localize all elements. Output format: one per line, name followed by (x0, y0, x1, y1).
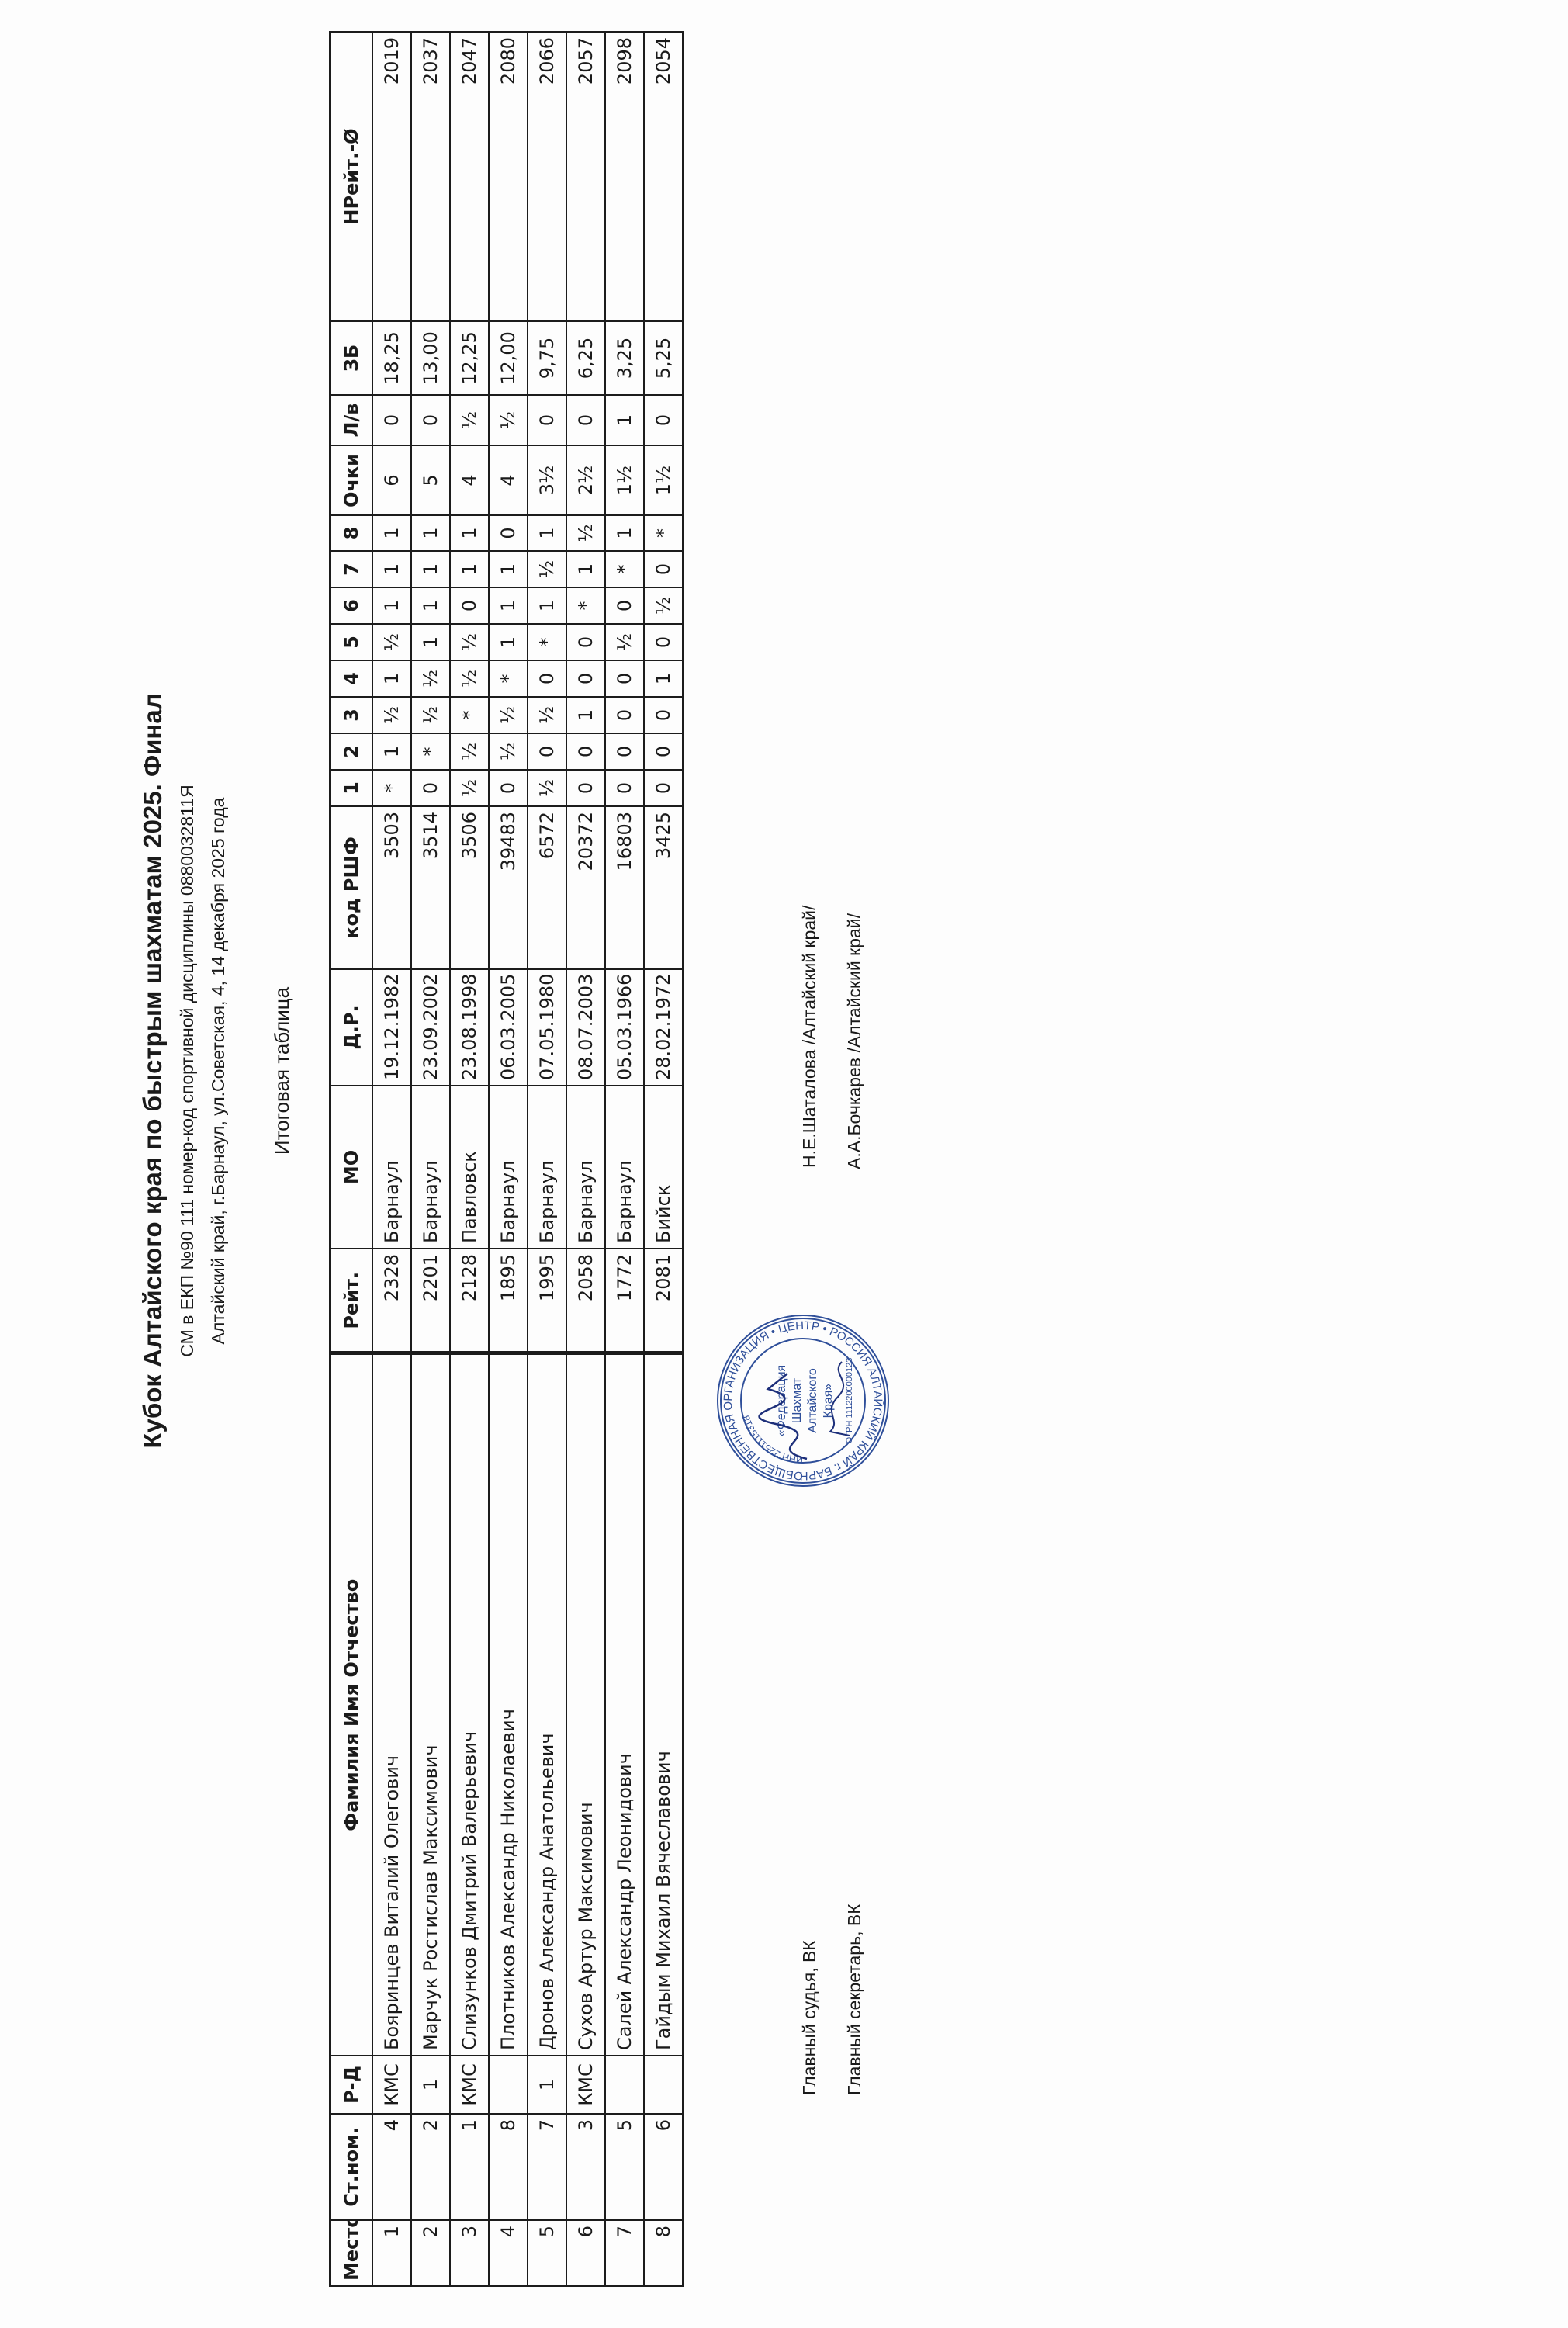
cell-mo: Павловск (450, 1086, 489, 1249)
cell-round-1: ½ (450, 770, 489, 806)
cell-dob: 23.08.1998 (450, 969, 489, 1086)
cell-place: 7 (605, 2220, 644, 2286)
cell-round-2: * (411, 733, 450, 770)
cell-rating: 2201 (411, 1249, 450, 1353)
cell-round-3: ½ (372, 697, 411, 733)
cell-start-no: 3 (566, 2114, 605, 2220)
cell-rating: 1895 (489, 1249, 528, 1353)
cell-round-1: 0 (489, 770, 528, 806)
header-place: Место (330, 2220, 372, 2286)
scanned-page: Кубок Алтайского края по быстрым шахмата… (0, 0, 1568, 2328)
cell-rating: 2058 (566, 1249, 605, 1353)
chief-secretary-name: А.А.Бочкарев /Алтайский край/ (844, 913, 865, 1169)
cell-round-7: ½ (528, 551, 566, 587)
header-round-3: 3 (330, 697, 372, 733)
cell-points: 4 (450, 445, 489, 515)
cell-round-4: * (489, 660, 528, 697)
cell-round-7: 1 (450, 551, 489, 587)
cell-name: Плотников Александр Николаевич (489, 1353, 528, 2056)
cell-rcf-code: 39483 (489, 806, 528, 969)
cell-round-3: 1 (566, 697, 605, 733)
cell-avg-opp-rating: 2066 (528, 32, 566, 321)
cell-avg-opp-rating: 2057 (566, 32, 605, 321)
cell-rank: 1 (411, 2056, 450, 2114)
cell-zb: 12,25 (450, 321, 489, 395)
header-round-6: 6 (330, 587, 372, 624)
header-round-8: 8 (330, 515, 372, 551)
cell-start-no: 5 (605, 2114, 644, 2220)
cell-points: 6 (372, 445, 411, 515)
cell-points: 2½ (566, 445, 605, 515)
cell-rank: 1 (528, 2056, 566, 2114)
cell-name: Салей Александр Леонидович (605, 1353, 644, 2056)
cell-avg-opp-rating: 2037 (411, 32, 450, 321)
results-body: 14КМСБояринцев Виталий Олегович2328Барна… (372, 32, 683, 2286)
table-row: 75Салей Александр Леонидович1772Барнаул0… (605, 32, 644, 2286)
cell-round-6: 1 (411, 587, 450, 624)
cell-mo: Барнаул (411, 1086, 450, 1249)
cell-round-6: 0 (605, 587, 644, 624)
cell-round-6: ½ (644, 587, 683, 624)
table-row: 221Марчук Ростислав Максимович2201Барнау… (411, 32, 450, 2286)
cell-round-8: 0 (489, 515, 528, 551)
header-points: Очки (330, 445, 372, 515)
cell-round-6: 1 (372, 587, 411, 624)
cell-round-5: ½ (372, 624, 411, 660)
cell-place: 5 (528, 2220, 566, 2286)
cell-round-1: * (372, 770, 411, 806)
cell-dob: 28.02.1972 (644, 969, 683, 1086)
table-row: 31КМССлизунков Дмитрий Валерьевич2128Пав… (450, 32, 489, 2286)
table-row: 571Дронов Александр Анатольевич1995Барна… (528, 32, 566, 2286)
cell-place: 4 (489, 2220, 528, 2286)
cell-round-7: 1 (411, 551, 450, 587)
cell-round-4: 0 (566, 660, 605, 697)
cell-rank: КМС (372, 2056, 411, 2114)
cell-rank (644, 2056, 683, 2114)
cell-round-5: 0 (644, 624, 683, 660)
cell-round-5: 1 (411, 624, 450, 660)
table-row: 14КМСБояринцев Виталий Олегович2328Барна… (372, 32, 411, 2286)
cell-rcf-code: 16803 (605, 806, 644, 969)
cell-round-8: ½ (566, 515, 605, 551)
cell-round-7: 1 (489, 551, 528, 587)
cell-round-1: 0 (644, 770, 683, 806)
cell-round-1: 0 (566, 770, 605, 806)
cell-dob: 19.12.1982 (372, 969, 411, 1086)
cell-start-no: 6 (644, 2114, 683, 2220)
cell-name: Марчук Ростислав Максимович (411, 1353, 450, 2056)
cell-zb: 12,00 (489, 321, 528, 395)
header-rcf-code: код РШФ (330, 806, 372, 969)
stamp-center-line-3: Алтайского (806, 1368, 819, 1433)
cell-zb: 18,25 (372, 321, 411, 395)
cell-round-5: * (528, 624, 566, 660)
stamp-center-line-2: Шахмат (791, 1377, 804, 1423)
cell-mo: Барнаул (528, 1086, 566, 1249)
cell-rating: 1995 (528, 1249, 566, 1353)
cell-round-3: 0 (605, 697, 644, 733)
cell-points: 3½ (528, 445, 566, 515)
cell-round-8: 1 (411, 515, 450, 551)
header-round-2: 2 (330, 733, 372, 770)
cell-rcf-code: 6572 (528, 806, 566, 969)
cell-start-no: 7 (528, 2114, 566, 2220)
results-table: Место Ст.ном. Р-Д Фамилия Имя Отчество Р… (329, 31, 684, 2287)
cell-lv: 0 (644, 395, 683, 445)
document-subtitle-2: Алтайский край, г.Барнаул, ул.Советская,… (208, 0, 229, 2328)
cell-rcf-code: 3514 (411, 806, 450, 969)
cell-dob: 08.07.2003 (566, 969, 605, 1086)
cell-round-3: 0 (644, 697, 683, 733)
cell-round-2: 0 (605, 733, 644, 770)
cell-round-2: 0 (566, 733, 605, 770)
cell-round-8: * (644, 515, 683, 551)
cell-round-5: ½ (450, 624, 489, 660)
cell-round-6: 1 (489, 587, 528, 624)
cell-rank (489, 2056, 528, 2114)
cell-round-8: 1 (605, 515, 644, 551)
cell-name: Гайдым Михаил Вячеславович (644, 1353, 683, 2056)
cell-zb: 13,00 (411, 321, 450, 395)
cell-zb: 6,25 (566, 321, 605, 395)
cell-rating: 1772 (605, 1249, 644, 1353)
cell-round-7: 1 (372, 551, 411, 587)
cell-round-5: 1 (489, 624, 528, 660)
cell-round-7: 1 (566, 551, 605, 587)
cell-rank: КМС (450, 2056, 489, 2114)
stamp-ogrn: ОГРН 1112200000123 (845, 1358, 854, 1444)
table-row: 63КМССухов Артур Максимович2058Барнаул08… (566, 32, 605, 2286)
cell-round-2: 0 (528, 733, 566, 770)
cell-round-3: * (450, 697, 489, 733)
cell-start-no: 8 (489, 2114, 528, 2220)
cell-points: 1½ (644, 445, 683, 515)
cell-round-8: 1 (450, 515, 489, 551)
cell-round-6: 0 (450, 587, 489, 624)
table-caption: Итоговая таблица (270, 0, 294, 2328)
cell-zb: 3,25 (605, 321, 644, 395)
cell-start-no: 1 (450, 2114, 489, 2220)
cell-round-1: ½ (528, 770, 566, 806)
cell-avg-opp-rating: 2054 (644, 32, 683, 321)
cell-round-7: * (605, 551, 644, 587)
cell-rating: 2328 (372, 1249, 411, 1353)
cell-place: 1 (372, 2220, 411, 2286)
chief-judge-title: Главный судья, ВК (799, 1940, 820, 2095)
table-row: 48Плотников Александр Николаевич1895Барн… (489, 32, 528, 2286)
cell-place: 2 (411, 2220, 450, 2286)
cell-avg-opp-rating: 2080 (489, 32, 528, 321)
document-sheet: Кубок Алтайского края по быстрым шахмата… (0, 0, 1568, 2328)
cell-avg-opp-rating: 2019 (372, 32, 411, 321)
cell-round-2: 0 (644, 733, 683, 770)
cell-rcf-code: 20372 (566, 806, 605, 969)
cell-points: 5 (411, 445, 450, 515)
cell-avg-opp-rating: 2098 (605, 32, 644, 321)
cell-round-2: 1 (372, 733, 411, 770)
cell-round-4: 0 (528, 660, 566, 697)
header-mo: МО (330, 1086, 372, 1249)
header-round-1: 1 (330, 770, 372, 806)
header-dob: Д.Р. (330, 969, 372, 1086)
table-header-row: Место Ст.ном. Р-Д Фамилия Имя Отчество Р… (330, 32, 372, 2286)
header-zb: ЗБ (330, 321, 372, 395)
cell-round-2: ½ (489, 733, 528, 770)
cell-round-1: 0 (605, 770, 644, 806)
cell-round-5: ½ (605, 624, 644, 660)
cell-start-no: 4 (372, 2114, 411, 2220)
table-row: 86Гайдым Михаил Вячеславович2081Бийск28.… (644, 32, 683, 2286)
cell-mo: Барнаул (489, 1086, 528, 1249)
header-lv: Л/в (330, 395, 372, 445)
cell-avg-opp-rating: 2047 (450, 32, 489, 321)
cell-round-3: ½ (489, 697, 528, 733)
cell-round-6: * (566, 587, 605, 624)
cell-rank: КМС (566, 2056, 605, 2114)
stamp-center-line-4: Края» (822, 1384, 835, 1419)
header-start-no: Ст.ном. (330, 2114, 372, 2220)
cell-lv: 0 (372, 395, 411, 445)
cell-lv: 1 (605, 395, 644, 445)
cell-dob: 05.03.1966 (605, 969, 644, 1086)
header-name: Фамилия Имя Отчество (330, 1353, 372, 2056)
cell-dob: 06.03.2005 (489, 969, 528, 1086)
cell-rcf-code: 3503 (372, 806, 411, 969)
organization-stamp-icon: ОБЩЕСТВЕННАЯ ОРГАНИЗАЦИЯ • ЦЕНТР • РОССИ… (714, 1311, 892, 1490)
cell-round-6: 1 (528, 587, 566, 624)
cell-rcf-code: 3425 (644, 806, 683, 969)
cell-round-4: 1 (372, 660, 411, 697)
cell-points: 4 (489, 445, 528, 515)
cell-name: Слизунков Дмитрий Валерьевич (450, 1353, 489, 2056)
cell-points: 1½ (605, 445, 644, 515)
cell-round-4: 1 (644, 660, 683, 697)
cell-place: 6 (566, 2220, 605, 2286)
cell-rcf-code: 3506 (450, 806, 489, 969)
cell-place: 3 (450, 2220, 489, 2286)
cell-round-8: 1 (372, 515, 411, 551)
cell-rating: 2128 (450, 1249, 489, 1353)
cell-round-5: 0 (566, 624, 605, 660)
cell-mo: Барнаул (372, 1086, 411, 1249)
cell-round-8: 1 (528, 515, 566, 551)
cell-round-3: ½ (528, 697, 566, 733)
cell-name: Бояринцев Виталий Олегович (372, 1353, 411, 2056)
header-rank: Р-Д (330, 2056, 372, 2114)
header-round-5: 5 (330, 624, 372, 660)
cell-round-4: ½ (411, 660, 450, 697)
cell-lv: ½ (450, 395, 489, 445)
cell-mo: Барнаул (566, 1086, 605, 1249)
cell-round-2: ½ (450, 733, 489, 770)
header-avg-opp-rating: НРейт.-Ø (330, 32, 372, 321)
header-round-7: 7 (330, 551, 372, 587)
document-title: Кубок Алтайского края по быстрым шахмата… (138, 0, 168, 2328)
cell-round-3: ½ (411, 697, 450, 733)
header-rating: Рейт. (330, 1249, 372, 1353)
cell-start-no: 2 (411, 2114, 450, 2220)
cell-dob: 23.09.2002 (411, 969, 450, 1086)
cell-name: Дронов Александр Анатольевич (528, 1353, 566, 2056)
cell-zb: 9,75 (528, 321, 566, 395)
cell-place: 8 (644, 2220, 683, 2286)
chief-judge-name: Н.Е.Шаталова /Алтайский край/ (799, 906, 820, 1168)
cell-name: Сухов Артур Максимович (566, 1353, 605, 2056)
cell-lv: ½ (489, 395, 528, 445)
chief-secretary-title: Главный секретарь, ВК (844, 1904, 865, 2095)
header-round-4: 4 (330, 660, 372, 697)
cell-mo: Барнаул (605, 1086, 644, 1249)
cell-round-4: ½ (450, 660, 489, 697)
cell-rank (605, 2056, 644, 2114)
cell-dob: 07.05.1980 (528, 969, 566, 1086)
cell-mo: Бийск (644, 1086, 683, 1249)
cell-round-4: 0 (605, 660, 644, 697)
cell-rating: 2081 (644, 1249, 683, 1353)
cell-lv: 0 (528, 395, 566, 445)
document-subtitle-1: СМ в ЕКП №90 111 номер-код спортивной ди… (177, 0, 198, 2328)
cell-lv: 0 (566, 395, 605, 445)
cell-lv: 0 (411, 395, 450, 445)
cell-round-7: 0 (644, 551, 683, 587)
cell-zb: 5,25 (644, 321, 683, 395)
cell-round-1: 0 (411, 770, 450, 806)
